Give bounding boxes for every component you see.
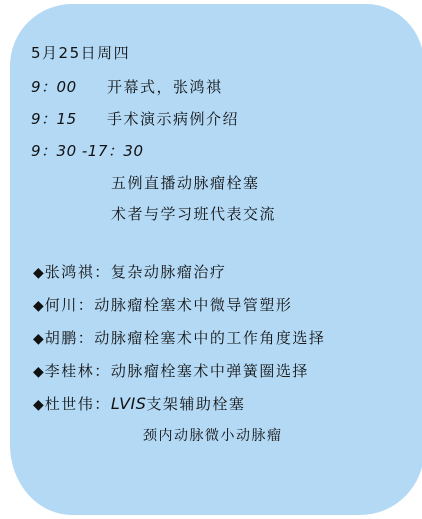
session-detail: 五例直播动脉瘤栓塞 <box>111 173 260 193</box>
talk-item: ◆李桂林：动脉瘤栓塞术中弹簧圈选择 <box>33 361 309 382</box>
talk-topic: 动脉瘤栓塞术中弹簧圈选择 <box>111 362 309 380</box>
diamond-bullet-icon: ◆ <box>33 296 44 316</box>
talk-speaker: 张鸿祺 <box>45 263 95 281</box>
talk-separator: ： <box>94 362 111 380</box>
talk-separator: ： <box>94 395 111 413</box>
schedule-time: 9：30 -17：30 <box>31 141 144 161</box>
diamond-bullet-icon: ◆ <box>33 263 44 283</box>
schedule-row: 9：15手术演示病例介绍 <box>31 109 239 129</box>
session-detail-text: 术者与学习班代表交流 <box>111 205 276 223</box>
diamond-bullet-icon: ◆ <box>33 395 44 415</box>
diamond-bullet-icon: ◆ <box>33 329 44 349</box>
talk-separator: ： <box>78 296 95 314</box>
session-detail: 术者与学习班代表交流 <box>111 204 276 224</box>
schedule-time: 9：00 <box>31 77 107 97</box>
talk-speaker: 李桂林 <box>45 362 95 380</box>
talk-item: ◆胡鹏：动脉瘤栓塞术中的工作角度选择 <box>33 328 325 349</box>
schedule-event: 手术演示病例介绍 <box>107 110 239 128</box>
date-header-text: 5月25日周四 <box>31 44 130 62</box>
talk-speaker: 何川 <box>45 296 78 314</box>
talk-topic: 支架辅助栓塞 <box>146 395 245 413</box>
talk-continuation: 颈内动脉微小动脉瘤 <box>143 426 283 446</box>
schedule-row: 9：30 -17：30 <box>31 141 144 161</box>
date-header: 5月25日周四 <box>31 43 130 63</box>
talk-item: ◆杜世伟：LVIS支架辅助栓塞 <box>33 394 245 415</box>
talk-item: ◆何川：动脉瘤栓塞术中微导管塑形 <box>33 295 292 316</box>
talk-separator: ： <box>78 329 95 347</box>
talk-topic: 复杂动脉瘤治疗 <box>111 263 227 281</box>
talk-topic-latin: LVIS <box>111 394 147 413</box>
schedule-row: 9：00开幕式，张鸿祺 <box>31 77 223 97</box>
talk-speaker: 胡鹏 <box>45 329 78 347</box>
talk-topic: 动脉瘤栓塞术中的工作角度选择 <box>94 329 325 347</box>
talk-topic: 动脉瘤栓塞术中微导管塑形 <box>94 296 292 314</box>
talk-item: ◆张鸿祺：复杂动脉瘤治疗 <box>33 262 226 283</box>
talk-speaker: 杜世伟 <box>45 395 95 413</box>
session-detail-text: 五例直播动脉瘤栓塞 <box>111 174 260 192</box>
talk-continuation-text: 颈内动脉微小动脉瘤 <box>143 428 283 444</box>
talk-separator: ： <box>94 263 111 281</box>
schedule-event: 开幕式，张鸿祺 <box>107 78 223 96</box>
schedule-time: 9：15 <box>31 109 107 129</box>
diamond-bullet-icon: ◆ <box>33 362 44 382</box>
